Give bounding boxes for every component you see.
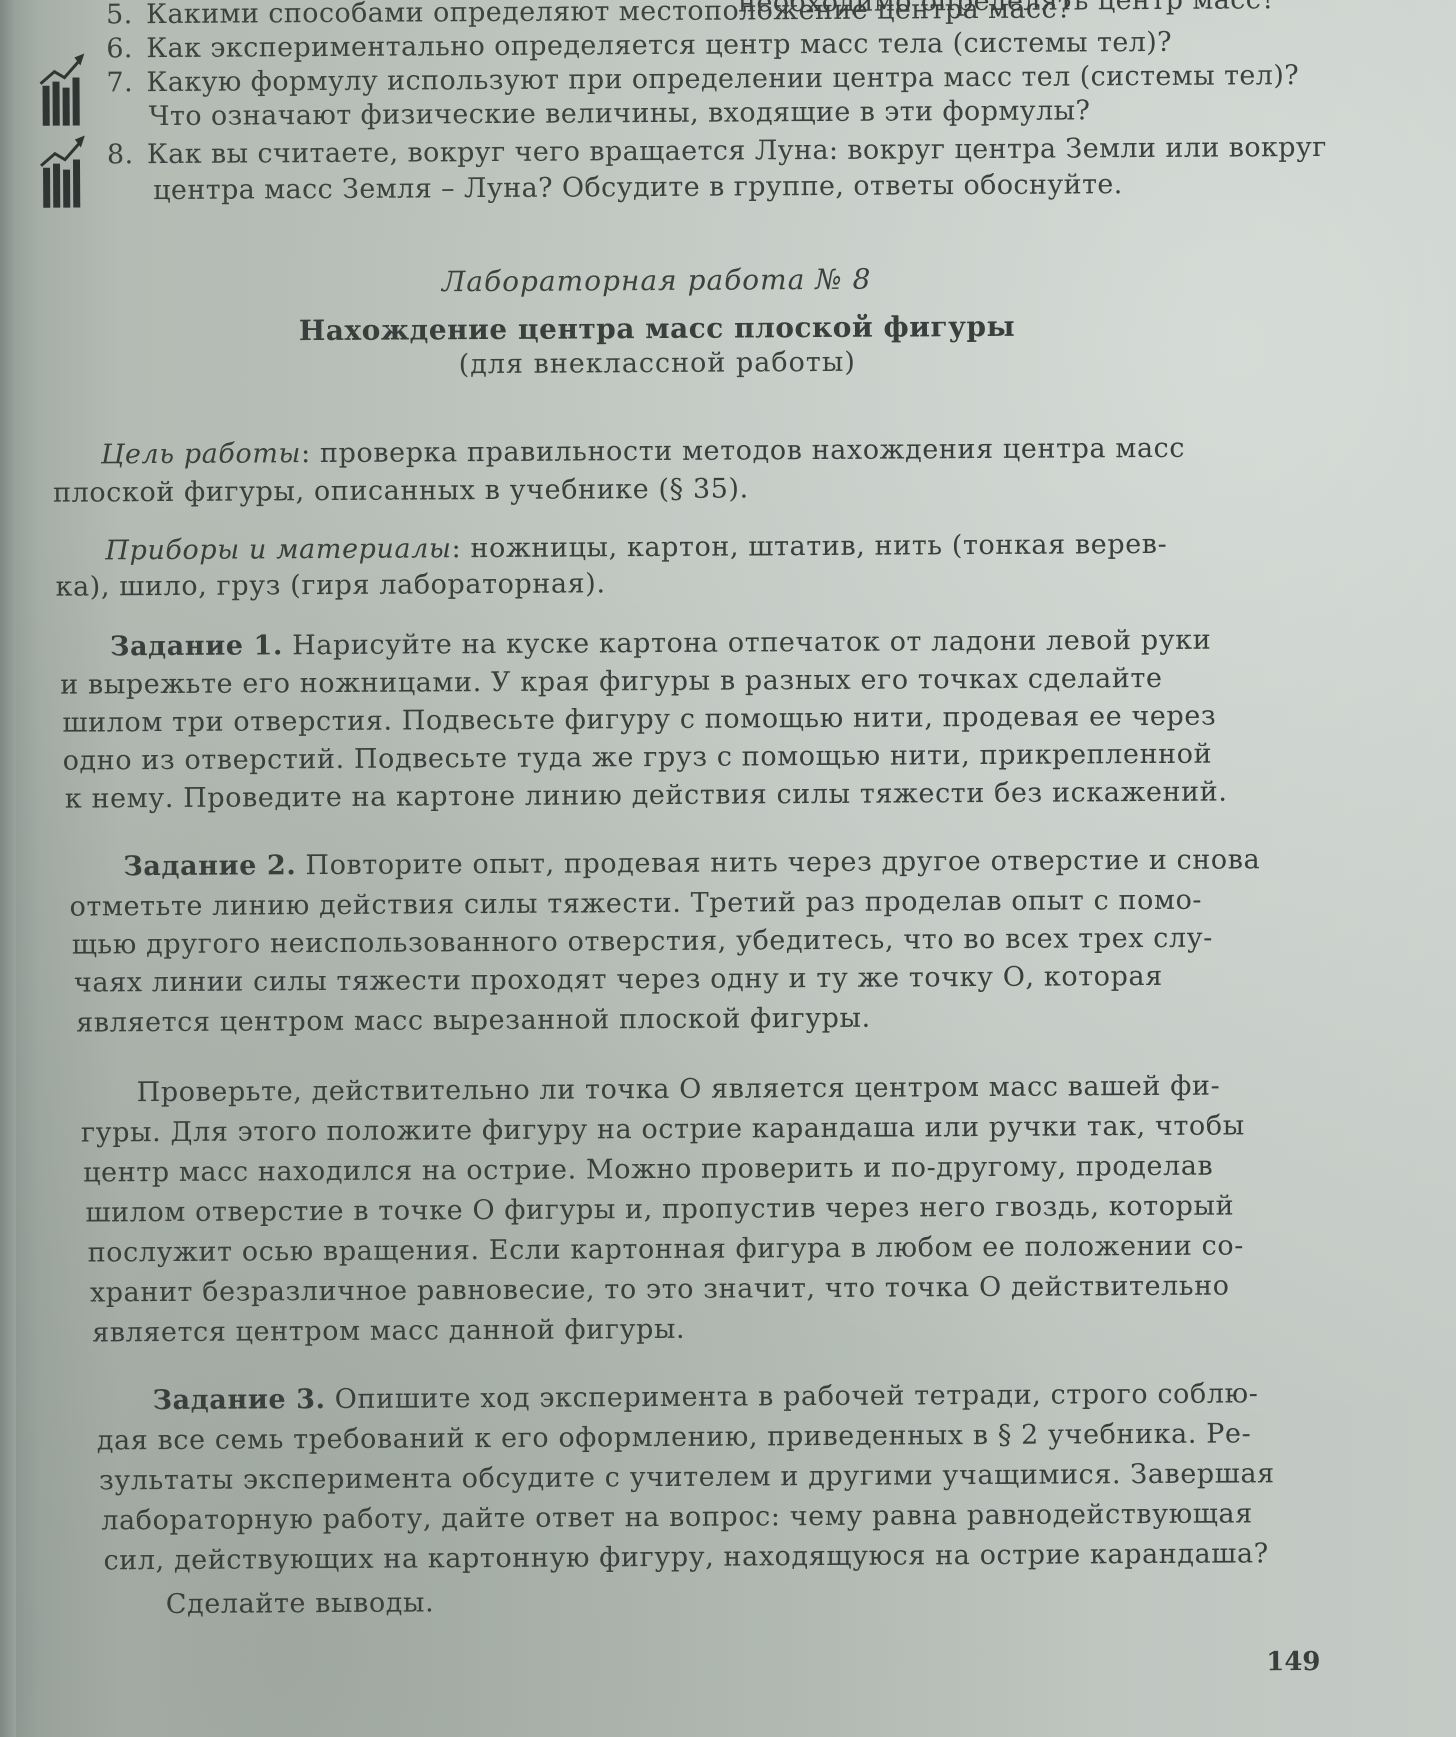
task-1-line-3: шилом три отверстия. Подвесьте фигуру с … bbox=[62, 701, 1216, 739]
question-number: 7. bbox=[106, 67, 146, 98]
lab-work-label: Лабораторная работа № 8 bbox=[2, 260, 1312, 301]
task-1-line-4: одно из отверстий. Подвесьте туда же гру… bbox=[63, 739, 1213, 777]
question-number: 8. bbox=[107, 139, 147, 170]
task-1-text: Нарисуйте на куске картона отпечаток от … bbox=[283, 625, 1212, 662]
task-1-line-5: к нему. Проведите на картоне линию дейст… bbox=[65, 777, 1228, 815]
task-2-text: Повторите опыт, продевая нить через друг… bbox=[296, 844, 1260, 881]
task-3-line-4: лабораторную работу, дайте ответ на вопр… bbox=[101, 1498, 1253, 1536]
growth-chart-icon bbox=[38, 51, 86, 127]
task-3-line-2: дая все семь требований к его оформлению… bbox=[97, 1418, 1252, 1456]
task-2-label: Задание 2. bbox=[123, 850, 296, 882]
question-number: 5. bbox=[106, 0, 146, 30]
check-line-3: центр масс находился на острие. Можно пр… bbox=[83, 1151, 1213, 1189]
materials-text: : ножницы, картон, штатив, нить (тонкая … bbox=[451, 529, 1167, 564]
check-line-4: шилом отверстие в точке О фигуры и, проп… bbox=[85, 1190, 1234, 1228]
textbook-page: необходимо определять центр масс? 5.Каки… bbox=[0, 0, 1456, 1737]
task-1-label: Задание 1. bbox=[110, 630, 283, 662]
goal-line-1: Цель работы: проверка правильности метод… bbox=[101, 433, 1185, 471]
question-7: 7.Какую формулу используют при определен… bbox=[106, 60, 1299, 98]
page-number: 149 bbox=[1266, 1647, 1320, 1677]
question-8: 8.Как вы считаете, вокруг чего вращается… bbox=[107, 132, 1327, 170]
check-line-7: является центром масс данной фигуры. bbox=[92, 1314, 685, 1349]
task-3-line-5: сил, действующих на картонную фигуру, на… bbox=[103, 1538, 1268, 1576]
question-text: Какими способами определяют местоположен… bbox=[146, 0, 1072, 30]
conclusion-text: Сделайте выводы. bbox=[166, 1587, 435, 1620]
goal-text: : проверка правильности методов нахожден… bbox=[301, 433, 1185, 469]
check-line-5: послужит осью вращения. Если картонная ф… bbox=[88, 1230, 1244, 1268]
task-2-line-4: чаях линии силы тяжести проходят через о… bbox=[74, 961, 1163, 999]
lab-work-title: Нахождение центра масс плоской фигуры bbox=[2, 308, 1312, 349]
lab-work-subtitle: (для внеклассной работы) bbox=[2, 344, 1312, 383]
check-line-2: гуры. Для этого положите фигуру на остри… bbox=[81, 1110, 1245, 1148]
goal-label: Цель работы bbox=[101, 438, 301, 470]
check-line-1: Проверьте, действительно ли точка О явля… bbox=[137, 1071, 1221, 1109]
question-text: Как вы считаете, вокруг чего вращается Л… bbox=[147, 132, 1327, 170]
materials-line-2: ка), шило, груз (гиря лабораторная). bbox=[55, 568, 605, 602]
question-7-line-2: Что означают физические величины, входящ… bbox=[149, 95, 1091, 132]
task-3-text: Опишите ход эксперимента в рабочей тетра… bbox=[325, 1378, 1258, 1415]
question-number: 6. bbox=[106, 33, 146, 64]
materials-line-1: Приборы и материалы: ножницы, картон, шт… bbox=[105, 529, 1167, 566]
goal-line-2: плоской фигуры, описанных в учебнике (§ … bbox=[53, 473, 749, 508]
task-1-line-1: Задание 1. Нарисуйте на куске картона от… bbox=[110, 625, 1212, 663]
task-2-line-2: отметьте линию действия силы тяжести. Тр… bbox=[69, 885, 1202, 923]
task-2-line-3: щью другого неиспользованного отверстия,… bbox=[72, 923, 1213, 961]
question-5: 5.Какими способами определяют местополож… bbox=[106, 0, 1072, 30]
task-3-line-3: зультаты эксперимента обсудите с учителе… bbox=[99, 1458, 1275, 1496]
growth-chart-icon bbox=[39, 133, 87, 209]
task-3-label: Задание 3. bbox=[152, 1384, 325, 1416]
question-text: Как экспериментально определяется центр … bbox=[146, 27, 1172, 64]
materials-label: Приборы и материалы bbox=[105, 533, 451, 566]
task-2-line-1: Задание 2. Повторите опыт, продевая нить… bbox=[123, 844, 1260, 882]
task-2-line-5: является центром масс вырезанной плоской… bbox=[76, 1003, 871, 1039]
check-line-6: хранит безразличное равновесие, то это з… bbox=[90, 1271, 1230, 1309]
task-3-line-1: Задание 3. Опишите ход эксперимента в ра… bbox=[152, 1378, 1258, 1416]
page-content: необходимо определять центр масс? 5.Каки… bbox=[0, 0, 1456, 1737]
question-text: Какую формулу используют при определении… bbox=[146, 60, 1299, 98]
question-6: 6.Как экспериментально определяется цент… bbox=[106, 27, 1172, 65]
task-1-line-2: и вырежьте его ножницами. У края фигуры … bbox=[60, 663, 1163, 701]
question-8-line-2: центра масс Земля – Луна? Обсудите в гру… bbox=[153, 169, 1123, 206]
